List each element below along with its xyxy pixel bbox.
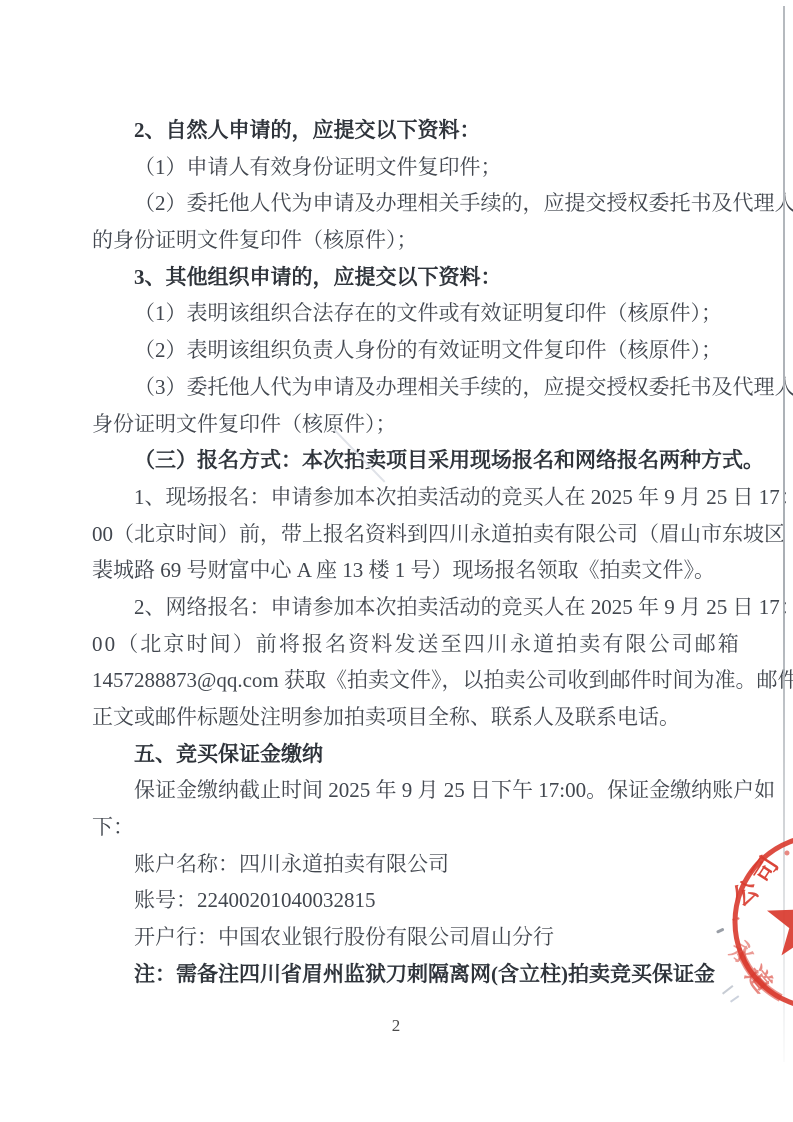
text-line: 正文或邮件标题处注明参加拍卖项目全称、联系人及联系电话。 [92, 699, 742, 736]
company-seal-stamp: 司 公 ·· 永 道 [690, 828, 793, 1020]
text-line: 00（北京时间）前，带上报名资料到四川永道拍卖有限公司（眉山市东坡区 [92, 516, 742, 553]
star-icon [767, 883, 793, 955]
text-line: （3）委托他人代为申请及办理相关手续的，应提交授权委托书及代理人的 [92, 369, 742, 406]
text-line: （1）表明该组织合法存在的文件或有效证明复印件（核原件）； [92, 295, 742, 332]
text-line: （1）申请人有效身份证明文件复印件； [92, 149, 742, 186]
text-line: 3、其他组织申请的，应提交以下资料： [92, 259, 742, 296]
text-line: 下： [92, 809, 742, 846]
text-line: 的身份证明文件复印件（核原件）； [92, 222, 742, 259]
text-line: 保证金缴纳截止时间 2025 年 9 月 25 日下午 17:00。保证金缴纳账… [92, 772, 742, 809]
seal-ring-char: ·· [729, 911, 742, 929]
seal-ring-smudge [705, 806, 793, 1039]
page-number: 2 [0, 1016, 793, 1036]
text-line: 五、竞买保证金缴纳 [92, 736, 742, 773]
text-line: （2）表明该组织负责人身份的有效证明文件复印件（核原件）； [92, 332, 742, 369]
text-line: 身份证明文件复印件（核原件）； [92, 406, 742, 443]
text-line: 1、现场报名：申请参加本次拍卖活动的竞买人在 2025 年 9 月 25 日 1… [92, 479, 742, 516]
text-line: 开户行：中国农业银行股份有限公司眉山分行 [92, 919, 742, 956]
text-line: 账号：22400201040032815 [92, 882, 742, 919]
text-line: 裴城路 69 号财富中心 A 座 13 楼 1 号）现场报名领取《拍卖文件》。 [92, 552, 742, 589]
document-page: 2、自然人申请的，应提交以下资料：（1）申请人有效身份证明文件复印件；（2）委托… [0, 0, 793, 1122]
text-line: 2、自然人申请的，应提交以下资料： [92, 112, 742, 149]
text-line: 00（北京时间）前将报名资料发送至四川永道拍卖有限公司邮箱 [92, 626, 742, 663]
text-line: （2）委托他人代为申请及办理相关手续的，应提交授权委托书及代理人 [92, 185, 742, 222]
text-line: 1457288873@qq.com 获取《拍卖文件》，以拍卖公司收到邮件时间为准… [92, 662, 742, 699]
document-body: 2、自然人申请的，应提交以下资料：（1）申请人有效身份证明文件复印件；（2）委托… [92, 112, 742, 993]
text-line: 2、网络报名：申请参加本次拍卖活动的竞买人在 2025 年 9 月 25 日 1… [92, 589, 742, 626]
text-line: 注：需备注四川省眉州监狱刀刺隔离网(含立柱)拍卖竞买保证金 [92, 956, 742, 993]
text-line: 账户名称：四川永道拍卖有限公司 [92, 846, 742, 883]
seal-ink-dot [785, 851, 790, 856]
text-line: （三）报名方式：本次拍卖项目采用现场报名和网络报名两种方式。 [92, 442, 742, 479]
